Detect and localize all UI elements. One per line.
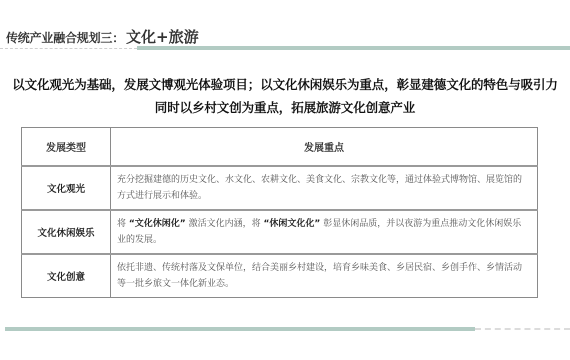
column-header-focus: 发展重点 xyxy=(111,128,538,167)
row-type: 文化休闲娱乐 xyxy=(22,210,111,254)
row-description: 充分挖掘建德的历史文化、水文化、农耕文化、美食文化、宗教文化等，通过体验式博物馆… xyxy=(111,166,538,210)
intro-line-2: 同时以乡村文创为重点，拓展旅游文化创意产业 xyxy=(0,96,570,119)
header-dashed-divider xyxy=(0,48,137,49)
desc-text: 依托非遗、传统村落及文保单位，结合美丽乡村建设，培育乡味美食、乡居民宿、乡创手作… xyxy=(117,263,522,289)
row-description: 依托非遗、传统村落及文保单位，结合美丽乡村建设，培育乡味美食、乡居民宿、乡创手作… xyxy=(111,254,538,298)
table-row: 文化休闲娱乐 将 “文化休闲化” 激活文化内涵，将 “休闲文化化” 彰显休闲品质… xyxy=(22,210,538,254)
header-prefix: 传统产业融合规划三： xyxy=(6,29,124,46)
header-title: 文化+旅游 xyxy=(126,26,199,47)
table-row: 文化观光 充分挖掘建德的历史文化、水文化、农耕文化、美食文化、宗教文化等，通过体… xyxy=(22,166,538,210)
table-row: 文化创意 依托非遗、传统村落及文保单位，结合美丽乡村建设，培育乡味美食、乡居民宿… xyxy=(22,254,538,298)
desc-text: 激活文化内涵，将 xyxy=(189,219,261,229)
row-description: 将 “文化休闲化” 激活文化内涵，将 “休闲文化化” 彰显休闲品质，并以夜游为重… xyxy=(111,210,538,254)
desc-text: 充分挖掘建德的历史文化、水文化、农耕文化、美食文化、宗教文化等，通过体验式博物馆… xyxy=(117,175,522,201)
desc-text: 将 xyxy=(117,219,126,229)
development-table: 发展类型 发展重点 文化观光 充分挖掘建德的历史文化、水文化、农耕文化、美食文化… xyxy=(21,127,538,298)
footer-dashed-divider xyxy=(475,328,570,330)
header-accent-bar xyxy=(137,46,570,50)
intro-line-1: 以文化观光为基础，发展文博观光体验项目；以文化休闲娱乐为重点，彰显建德文化的特色… xyxy=(0,73,570,96)
column-header-type: 发展类型 xyxy=(22,128,111,167)
intro-summary: 以文化观光为基础，发展文博观光体验项目；以文化休闲娱乐为重点，彰显建德文化的特色… xyxy=(0,73,570,119)
desc-emphasis: “休闲文化化” xyxy=(264,219,321,229)
row-type: 文化创意 xyxy=(22,254,111,298)
footer-accent-bar xyxy=(5,327,475,331)
slide-header: 传统产业融合规划三： 文化+旅游 xyxy=(6,26,199,46)
table-header-row: 发展类型 发展重点 xyxy=(22,128,538,167)
desc-emphasis: “文化休闲化” xyxy=(129,219,186,229)
row-type: 文化观光 xyxy=(22,166,111,210)
